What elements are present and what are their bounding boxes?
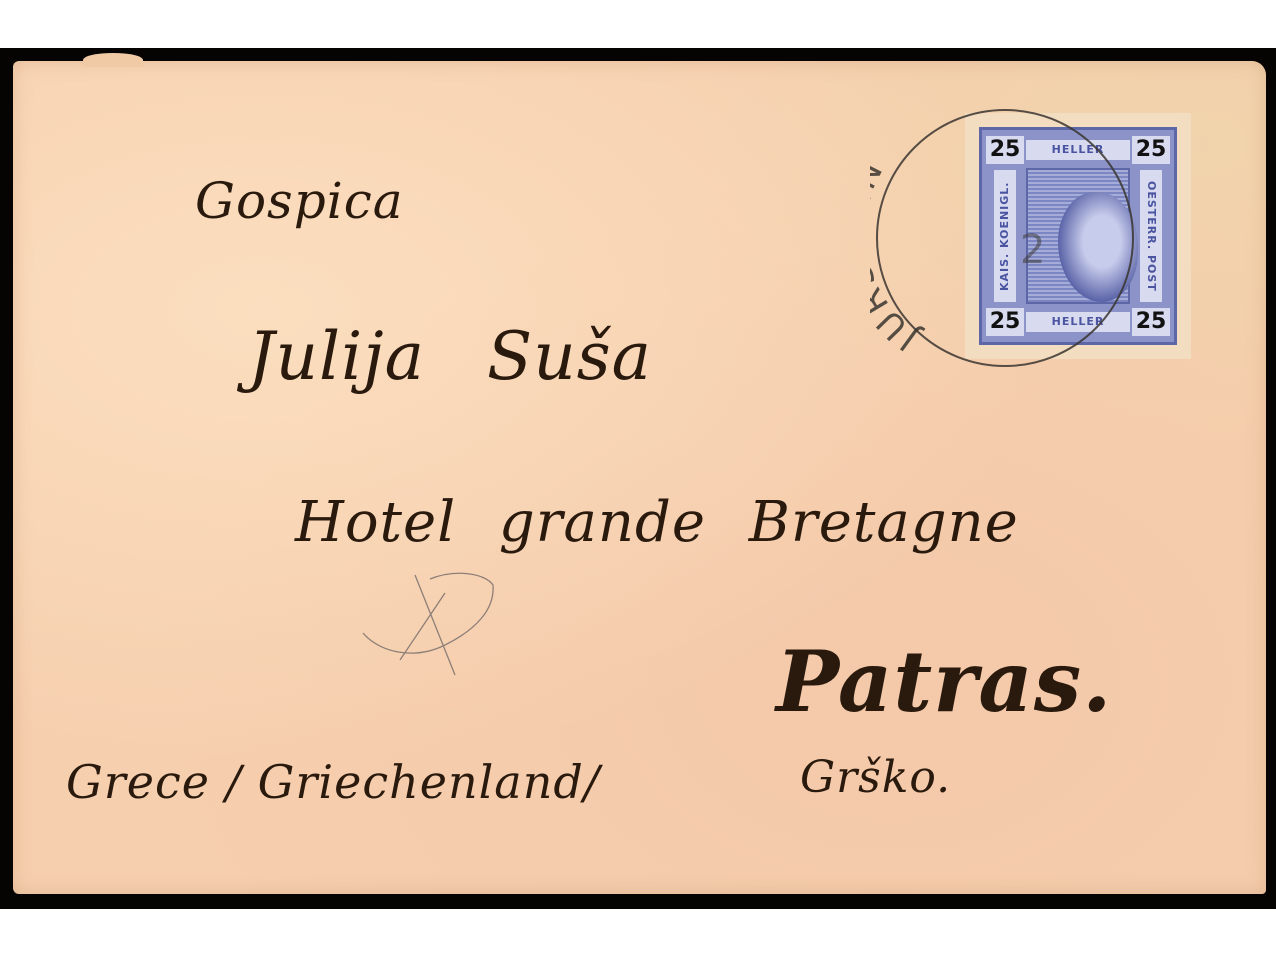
recipient-name: Julija Suša (248, 318, 652, 395)
country-line: Grece / Griechenland/ (66, 755, 600, 809)
stamp-country-text: OESTERR. POST (1140, 170, 1162, 302)
hotel-line: Hotel grande Bretagne (295, 490, 1019, 555)
city-line: Patras. (776, 632, 1112, 731)
country-local-line: Grško. (800, 752, 951, 803)
postmark-date: 2 (1020, 227, 1045, 273)
pencil-x-mark-icon (355, 565, 505, 685)
origin-line: Gospica (195, 172, 404, 230)
postmark-cancel: JURSCHIN 2 (870, 103, 1140, 373)
